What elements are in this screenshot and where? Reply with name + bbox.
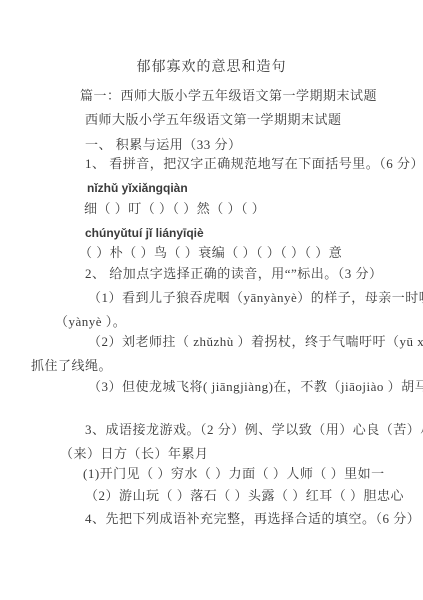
text-line-blanks-1: 细（ ）叮（ ）（ ）然（ ）（ ） — [84, 201, 265, 217]
text-line-q3-wrap: （来）日方（长）年累月 — [60, 446, 209, 462]
text-line-subtitle: 西师大版小学五年级语文第一学期期末试题 — [85, 112, 342, 128]
text-line-q3-item-2: （2）游山玩（ ）落石（ ）头露（ ）红耳（ ）胆忠心 — [85, 488, 404, 504]
document-page: 郁郁寡欢的意思和造句 篇一：西师大版小学五年级语文第一学期期末试题 西师大版小学… — [0, 0, 423, 600]
text-line-question-3: 3、成语接龙游戏。（2 分）例、学以致（用）心良（苦）尽甜 — [85, 422, 423, 438]
text-line-q2-item-2-wrap: 抓住了线绳。 — [31, 358, 112, 374]
text-line-q2-item-1-wrap: （yànyè ）。 — [55, 314, 126, 330]
text-line-question-1: 1、 看拼音，把汉字正确规范地写在下面括号里。（6 分） — [85, 156, 423, 172]
text-line-q2-item-2: （2）刘老师拄（ zhǔzhù ）着拐杖，终于气喘吁吁（yū xū）地 — [88, 334, 423, 350]
text-line-question-4: 4、先把下列成语补充完整，再选择合适的填空。（6 分） — [85, 511, 420, 527]
text-line-section-header: 篇一：西师大版小学五年级语文第一学期期末试题 — [80, 88, 377, 104]
text-line-q2-item-1: （1）看到儿子狼吞虎咽（yānyànyè）的样子，母亲一时哽咽 — [88, 290, 423, 306]
text-line-question-2: 2、 给加点字选择正确的读音，用“”标出。（3 分） — [85, 266, 383, 282]
text-line-pinyin-1: nǐzhǔ yǐxiǎngqiàn — [87, 180, 188, 196]
text-line-pinyin-2: chúnyǔtuí jǐ liányīqiè — [85, 225, 204, 241]
document-title: 郁郁寡欢的意思和造句 — [0, 60, 423, 76]
text-line-q3-item-1: (1)开门见（ ）穷水（ ）力面（ ）人师（ ）里如一 — [83, 466, 385, 482]
text-line-q2-item-3: （3）但使龙城飞将( jiāngjiàng)在，不教（jiāojiào ）胡马度… — [88, 379, 423, 395]
text-line-part-one: 一、 积累与运用（33 分） — [85, 137, 242, 153]
text-line-blanks-2: （ ）朴（ ）鸟（ ）衰编（ ）（ ）（ ）（ ）意 — [79, 245, 342, 261]
